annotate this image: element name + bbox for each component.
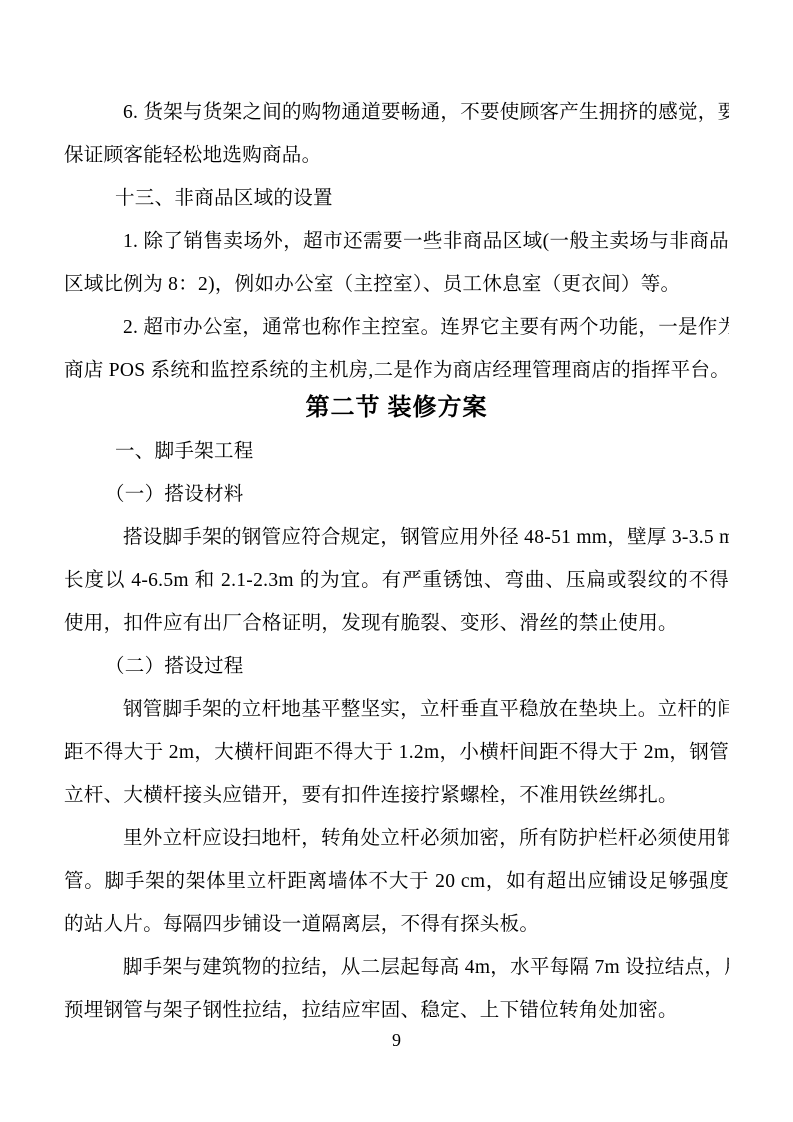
text-line: 1. 除了销售卖场外，超市还需要一些非商品区域(一般主卖场与非商品	[64, 220, 729, 263]
text-line: 立杆、大横杆接头应错开，要有扣件连接拧紧螺栓，不准用铁丝绑扎。	[64, 774, 729, 817]
text-line: （二）搭设过程	[64, 645, 729, 688]
text-line: 距不得大于 2m，大横杆间距不得大于 1.2m，小横杆间距不得大于 2m，钢管	[64, 731, 729, 774]
text-line: 预埋钢管与架子钢性拉结，拉结应牢固、稳定、上下错位转角处加密。	[64, 989, 729, 1032]
page-footer: 9	[0, 1028, 793, 1052]
text-line: 十三、非商品区域的设置	[64, 177, 729, 220]
text-line: 脚手架与建筑物的拉结，从二层起每高 4m，水平每隔 7m 设拉结点，用	[64, 946, 729, 989]
section-heading: 第二节 装修方案	[64, 386, 729, 430]
text-line: 一、脚手架工程	[64, 430, 729, 473]
text-line: 搭设脚手架的钢管应符合规定，钢管应用外径 48-51 mm，壁厚 3-3.5 m…	[64, 516, 729, 559]
text-line: 管。脚手架的架体里立杆距离墙体不大于 20 cm，如有超出应铺设足够强度	[64, 860, 729, 903]
text-line: （一）搭设材料	[64, 473, 729, 516]
text-line: 保证顾客能轻松地选购商品。	[64, 134, 729, 177]
text-line: 的站人片。每隔四步铺设一道隔离层，不得有探头板。	[64, 903, 729, 946]
text-line: 6. 货架与货架之间的购物通道要畅通，不要使顾客产生拥挤的感觉，要	[64, 91, 729, 134]
page-number: 9	[392, 1030, 401, 1050]
text-line: 长度以 4-6.5m 和 2.1-2.3m 的为宜。有严重锈蚀、弯曲、压扁或裂纹…	[64, 559, 729, 602]
text-line: 2. 超市办公室，通常也称作主控室。连界它主要有两个功能，一是作为	[64, 306, 729, 349]
text-line: 区域比例为 8：2)，例如办公室（主控室）、员工休息室（更衣间）等。	[64, 263, 729, 306]
text-line: 钢管脚手架的立杆地基平整坚实，立杆垂直平稳放在垫块上。立杆的间	[64, 688, 729, 731]
document-body: 6. 货架与货架之间的购物通道要畅通，不要使顾客产生拥挤的感觉，要保证顾客能轻松…	[64, 91, 729, 1032]
document-page: 6. 货架与货架之间的购物通道要畅通，不要使顾客产生拥挤的感觉，要保证顾客能轻松…	[0, 0, 793, 1122]
text-line: 使用，扣件应有出厂合格证明，发现有脆裂、变形、滑丝的禁止使用。	[64, 602, 729, 645]
text-line: 里外立杆应设扫地杆，转角处立杆必须加密，所有防护栏杆必须使用钢	[64, 817, 729, 860]
